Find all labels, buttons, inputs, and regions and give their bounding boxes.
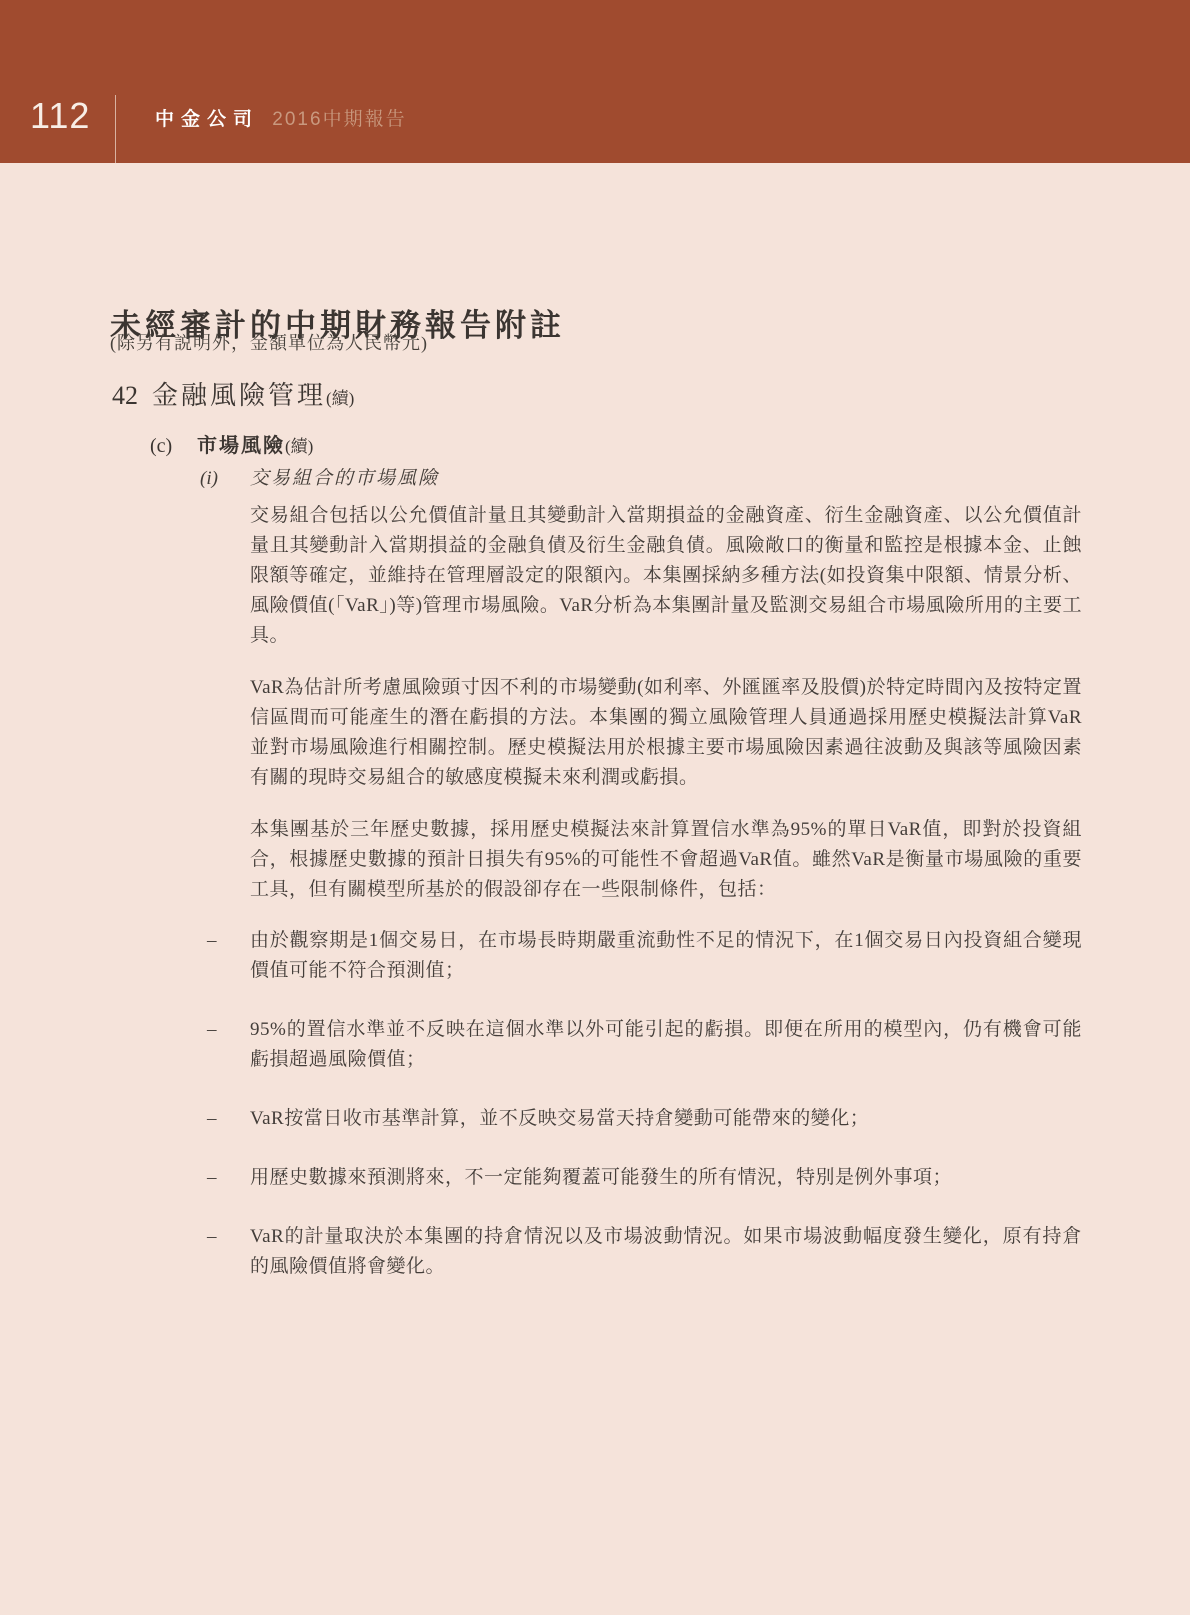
body-text-column: 交易組合包括以公允價值計量且其變動計入當期損益的金融資產、衍生金融資產、以公允價… (250, 501, 1082, 1282)
list-item-text: 用歷史數據來預測將來，不一定能夠覆蓋可能發生的所有情況，特別是例外事項； (250, 1163, 1082, 1193)
list-item: – 由於觀察期是1個交易日，在市場長時期嚴重流動性不足的情況下，在1個交易日內投… (207, 926, 1082, 986)
document-subtitle: (除另有説明外，金額單位為人民幣元) (110, 329, 428, 355)
list-item: – VaR的計量取決於本集團的持倉情況以及市場波動情況。如果市場波動幅度發生變化… (207, 1222, 1082, 1282)
page-number: 112 (30, 97, 90, 135)
header-title: 中金公司 2016中期報告 (155, 109, 407, 131)
subsection-title: 市場風險 (197, 435, 285, 457)
subsection-c-heading: (c)市場風險(續) (150, 429, 313, 458)
paragraph-trading-portfolio: 交易組合包括以公允價值計量且其變動計入當期損益的金融資產、衍生金融資產、以公允價… (250, 501, 1082, 651)
subsubsection-label: (i) (200, 468, 250, 490)
section-42-heading: 42金融風險管理(續) (112, 375, 354, 412)
dash-bullet-icon: – (207, 1104, 250, 1134)
dash-bullet-icon: – (207, 926, 250, 986)
dash-bullet-icon: – (207, 1222, 250, 1282)
list-item-text: VaR按當日收市基準計算，並不反映交易當天持倉變動可能帶來的變化； (250, 1104, 1082, 1134)
list-item-text: VaR的計量取決於本集團的持倉情況以及市場波動情況。如果市場波動幅度發生變化，原… (250, 1222, 1082, 1282)
header-band: 112 中金公司 2016中期報告 (0, 0, 1190, 163)
list-item: – VaR按當日收市基準計算，並不反映交易當天持倉變動可能帶來的變化； (207, 1104, 1082, 1134)
var-limitations-list: – 由於觀察期是1個交易日，在市場長時期嚴重流動性不足的情況下，在1個交易日內投… (207, 926, 1082, 1282)
report-page: 112 中金公司 2016中期報告 未經審計的中期財務報告附註 (除另有説明外，… (0, 0, 1190, 1615)
subsubsection-title: 交易組合的市場風險 (250, 468, 439, 489)
paragraph-var-definition: VaR為估計所考慮風險頭寸因不利的市場變動(如利率、外匯匯率及股價)於特定時間內… (250, 673, 1082, 793)
list-item: – 用歷史數據來預測將來，不一定能夠覆蓋可能發生的所有情況，特別是例外事項； (207, 1163, 1082, 1193)
list-item-text: 由於觀察期是1個交易日，在市場長時期嚴重流動性不足的情況下，在1個交易日內投資組… (250, 926, 1082, 986)
report-name: 2016中期報告 (272, 109, 406, 130)
company-name: 中金公司 (155, 109, 259, 130)
paragraph-var-confidence: 本集團基於三年歷史數據，採用歷史模擬法來計算置信水準為95%的單日VaR值，即對… (250, 815, 1082, 905)
header-divider (115, 95, 116, 163)
list-item: – 95%的置信水準並不反映在這個水準以外可能引起的虧損。即便在所用的模型內，仍… (207, 1015, 1082, 1075)
subsection-continued-label: (續) (285, 437, 313, 456)
subsubsection-i-heading: (i)交易組合的市場風險 (200, 463, 439, 490)
section-number: 42 (112, 381, 152, 411)
subsection-label: (c) (150, 435, 197, 458)
list-item-text: 95%的置信水準並不反映在這個水準以外可能引起的虧損。即便在所用的模型內，仍有機… (250, 1015, 1082, 1075)
dash-bullet-icon: – (207, 1163, 250, 1193)
section-title: 金融風險管理 (152, 381, 326, 410)
dash-bullet-icon: – (207, 1015, 250, 1075)
section-continued-label: (續) (326, 389, 354, 408)
